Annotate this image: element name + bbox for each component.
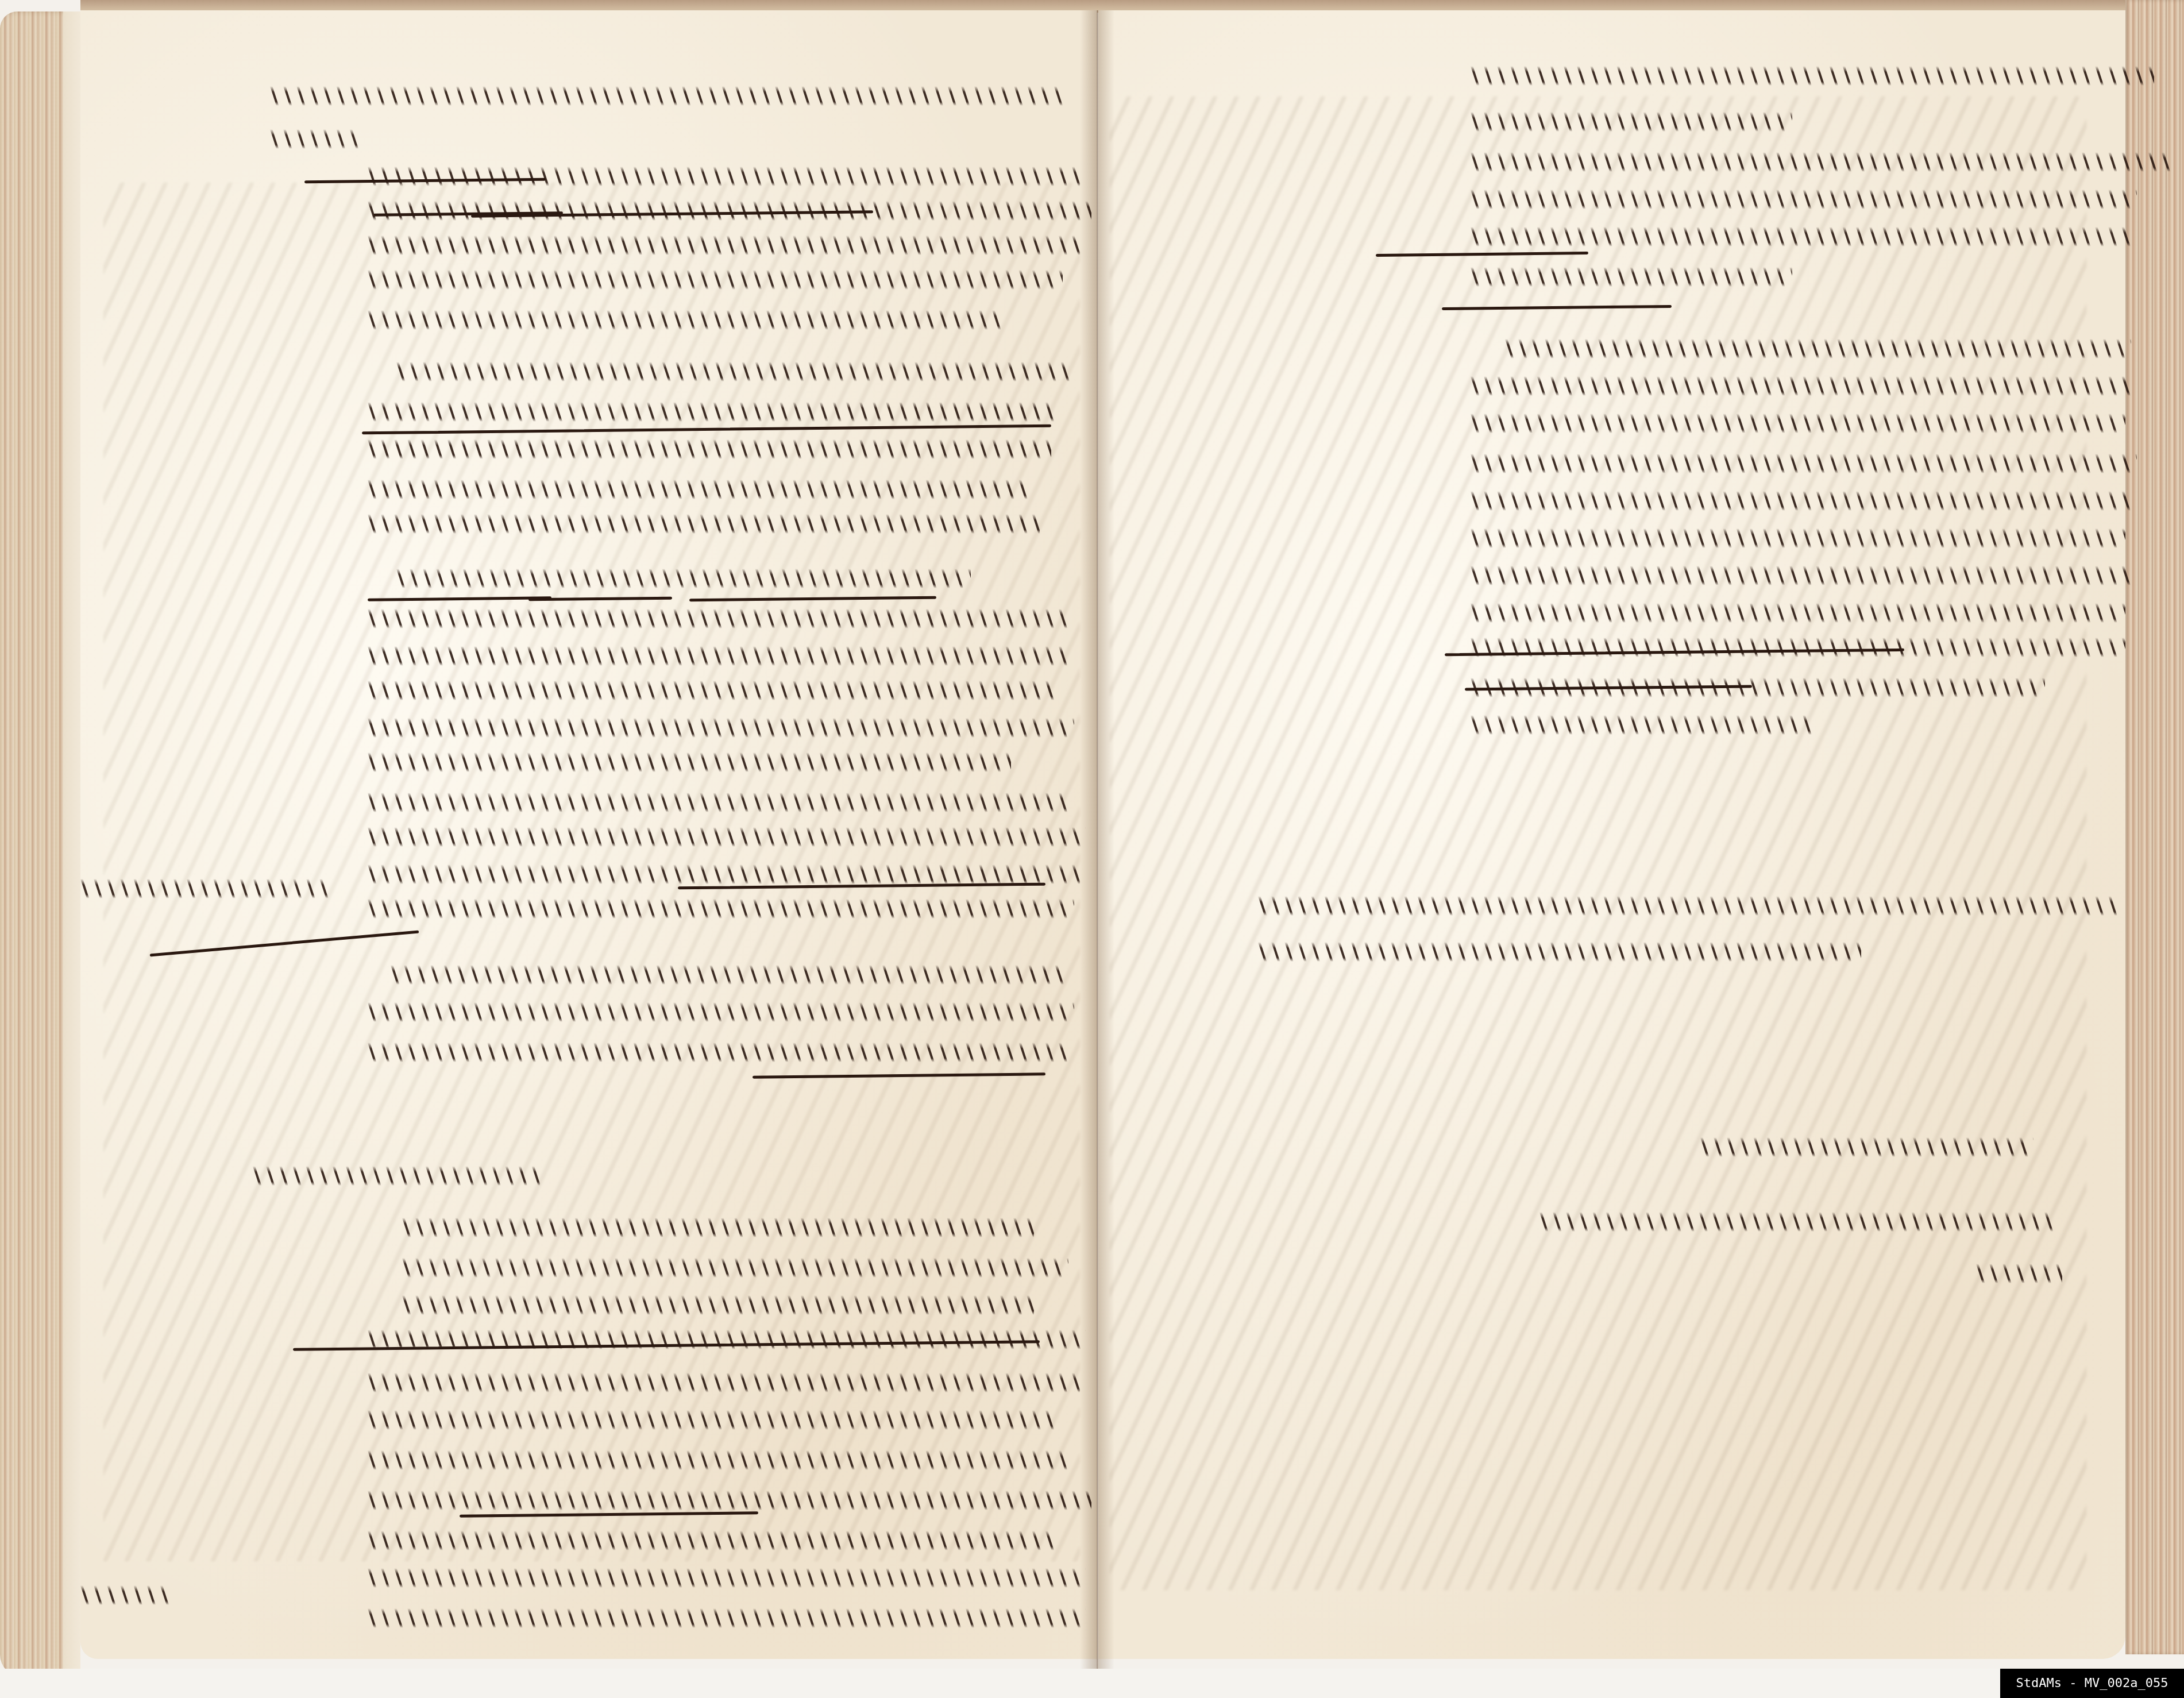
signature-name: gez. v. Thouvillot (1539, 1212, 2056, 1232)
handwritten-line: von mindestens acht Tagen — (368, 752, 1011, 772)
handwritten-line: nach beendetem Geschäfte, (1471, 190, 2137, 209)
handwritten-line: die Rechnung. (1471, 267, 1792, 287)
handwritten-line: des Resultates der Abstimmungen (368, 827, 1086, 847)
handwritten-line: durch absolute Stimmenmehrheit (368, 1410, 1057, 1430)
handwritten-line: muß eine neue General-Ver- (368, 681, 1057, 700)
handwritten-line: Mehrheit nicht für alle drei (368, 1531, 1057, 1550)
page-stack-left (0, 11, 80, 1677)
handwritten-line: Mitglieder für die Auflösung, (368, 439, 1051, 459)
handwritten-line: des Zweckes — zusammen- (1471, 566, 2131, 585)
scan-background (0, 1669, 2184, 1698)
handwritten-line: in der ersten deshalbigen General- (368, 865, 1080, 884)
margin-note: des Zweckes und unter Angabe (80, 879, 333, 898)
archive-label: StdAMs - MV_002a_055 (2000, 1669, 2184, 1698)
handwritten-line: berufenen General-Versammlung der (368, 236, 1080, 255)
handwritten-line: Erschienenen. (1471, 715, 1815, 735)
handwritten-line: glieder für die Auflösung, so (368, 646, 1068, 666)
handwritten-line: Neuer §. 23. (253, 1166, 540, 1186)
handwritten-line: Mitglieder beschlossen werden. (368, 310, 1005, 330)
handwritten-line: in einer zu diesem Zweck ausdrücklich (368, 201, 1091, 221)
handwritten-line: Die Liquidations-Commission legt, (1471, 152, 2171, 172)
handwritten-line: Schließlich, diese Vorschläge einer Be- (1258, 896, 2120, 916)
handwritten-line: Stimmen nur zwei Drittel (396, 569, 971, 588)
handwritten-line: entscheidet dann die einfache (368, 1002, 1074, 1022)
handwritten-line: ausdrücklicher Angabe (1471, 528, 2125, 548)
handwritten-line: lichen Mitglieder — unter (1471, 491, 2131, 511)
handwritten-line: gutachtung zu unterbreiten (1258, 942, 1861, 962)
handwritten-line: Versammlung — berufen werden. (368, 899, 1074, 919)
signature-date: 8/4 66 (1976, 1264, 2062, 1283)
handwritten-line: drei Viertel sämmtlicher wirklicher (368, 402, 1057, 422)
handwritten-line: einheimischen stimmberechtigten (368, 270, 1063, 290)
handwritten-line: Zu §. 22 proponire ich folgende Abän- (270, 86, 1063, 106)
handwritten-line: dieser Abstimmung die absolute (368, 1491, 1091, 1510)
handwritten-line: Stimmen in dieser Generalversammlung (396, 362, 1074, 381)
archive-label-text: StdAMs - MV_002a_055 (2016, 1676, 2168, 1691)
handwritten-line: der Anwesenden. Ergiebt bei (368, 1450, 1068, 1470)
handwritten-line: Verfügung werden die (1471, 376, 2131, 396)
handwritten-line: derung: (270, 129, 362, 149)
handwritten-line: Majorität der Erschienenen. (368, 1043, 1068, 1062)
handwritten-line: alsbald engere Wahl, u. erkennt (368, 1608, 1086, 1628)
handwritten-line: zur Zeit der Auflösung (1471, 414, 2125, 433)
handwritten-line: unter ausdrücklicher Angabe (368, 793, 1068, 812)
handwritten-line: Vereins. — (1471, 112, 1792, 132)
handwritten-line: sammlung — nach Zwischenraum (368, 718, 1074, 738)
handwritten-line: Zur Erklärung über die (1505, 339, 2131, 358)
handwritten-line: berufen und entscheidet (1471, 603, 2125, 623)
handwritten-line: Die Auflösung des Vereins kann nur (368, 167, 1080, 186)
handwritten-line: Wird die Auflösung des (402, 1218, 1034, 1237)
margin-note: Stimmen (80, 1585, 172, 1605)
handwritten-line: aus drei Mitgliedern bestehend (368, 1373, 1080, 1392)
handwritten-line: Vereins beschlossen, so erfolgt (402, 1258, 1068, 1278)
handwritten-line: In dieser zweiten Versammlung (391, 965, 1068, 985)
handwritten-line: dieser Beschluß zu bestehen auf. (368, 514, 1040, 534)
ink-bleed-through (1110, 97, 2086, 1590)
handwritten-line: der erschienenen wirklichen Mit- (368, 609, 1068, 628)
handwritten-line: alsbald die Wahl eines (402, 1295, 1034, 1315)
handwritten-line: vorhanden gewesenen wirk- (1471, 454, 2137, 473)
page-stack-right (2125, 0, 2184, 1654)
handwritten-line: der bisherige Ausschuß des (1471, 66, 2154, 86)
signature-closing: ganz ergebenst (1700, 1137, 2033, 1157)
right-page (1098, 10, 2125, 1659)
handwritten-line: so hat der Verein aufgehört und (368, 480, 1028, 499)
handwritten-line: dem bisherigen Ausschusse (1471, 227, 2131, 246)
open-book-scan: Zu §. 22 proponire ich folgende Abän-der… (0, 0, 2184, 1698)
handwritten-line: Mitglieder der Liquidations-Commission (368, 1568, 1086, 1588)
